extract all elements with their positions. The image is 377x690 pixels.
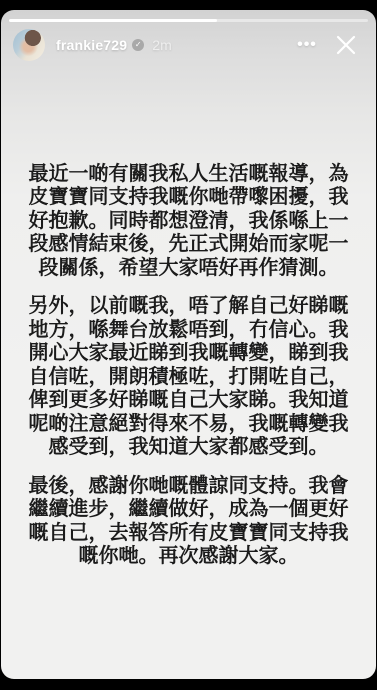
story-paragraph-1: 最近一啲有關我私人生活嘅報導，為皮寶寶同支持我嘅你哋帶嚟困擾，我好抱歉。同時都想… xyxy=(27,163,351,281)
story-paragraph-2: 另外，以前嘅我，唔了解自己好睇嘅地方，喺舞台放鬆唔到，冇信心。我開心大家最近睇到… xyxy=(27,295,351,460)
story-text-block: 最近一啲有關我私人生活嘅報導，為皮寶寶同支持我嘅你哋帶嚟困擾，我好抱歉。同時都想… xyxy=(1,10,376,679)
story-card[interactable]: frankie729 ✓ 2m ••• 最近一啲有關我私人生活嘅報導，為皮寶寶同… xyxy=(1,10,376,679)
story-paragraph-3: 最後，感謝你哋嘅體諒同支持。我會繼續進步，繼續做好，成為一個更好嘅自己，去報答所… xyxy=(27,475,351,569)
